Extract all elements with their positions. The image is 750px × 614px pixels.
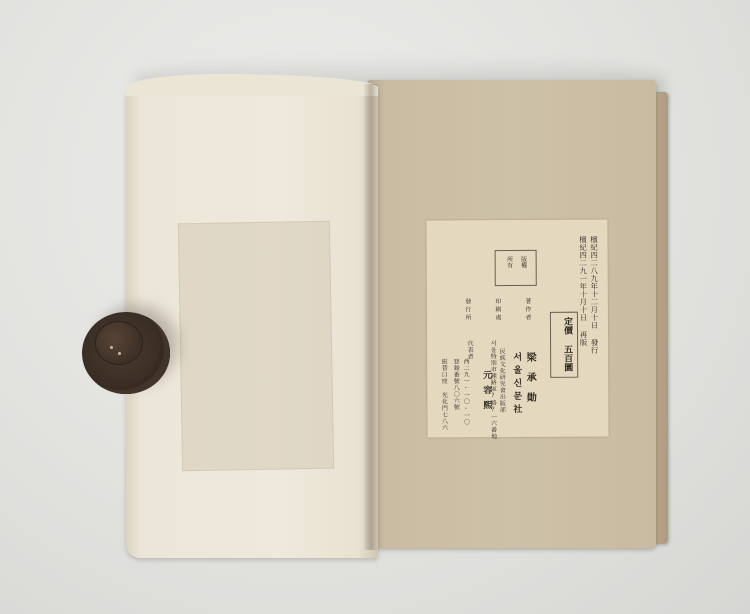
colophon-slip: 檀紀四二八九年十二月十日 發行 檀紀四二九一年十月十日 再版 定價 五百圜 版權… [426, 220, 608, 438]
author-role: 著作者 [524, 298, 530, 322]
copyright-line-2: 所有 [506, 256, 512, 268]
publisher-name: 民族文化研究會出版部 [498, 348, 504, 413]
stamp-knob [96, 322, 142, 364]
representative-name: 元容熙 [481, 370, 490, 415]
phone-number: 西二九一-一〇-一〇 [462, 358, 468, 425]
reprint-date: 檀紀四二九一年十月十日 再版 [579, 236, 587, 347]
faded-plate-mark [178, 221, 334, 472]
photo-scene: 檀紀四二八九年十二月十日 發行 檀紀四二九一年十月十日 再版 定價 五百圜 版權… [0, 0, 750, 614]
copyright-box: 版權 所有 [495, 250, 537, 286]
issue-date: 檀紀四二八九年十二月十日 發行 [590, 236, 598, 355]
printer-name: 서울신문社 [511, 352, 520, 417]
copyright-line-1: 版權 [520, 256, 526, 268]
price-label: 定價 [562, 317, 571, 335]
stamp-highlight [110, 346, 113, 349]
registration-number: 登錄番號八〇六號 [452, 358, 458, 410]
printer-role: 印刷處 [494, 298, 500, 322]
book-gutter [364, 84, 378, 550]
author-name: 梁承勛 [524, 352, 534, 412]
representative-role: 代表者 [466, 340, 472, 360]
account-number: 振替口座 光化門七八六 [440, 358, 446, 431]
price-box: 定價 五百圜 [550, 312, 578, 378]
publisher-role: 發行所 [464, 298, 470, 322]
stamp-highlight [118, 352, 121, 355]
price-value: 五百圜 [562, 345, 571, 372]
